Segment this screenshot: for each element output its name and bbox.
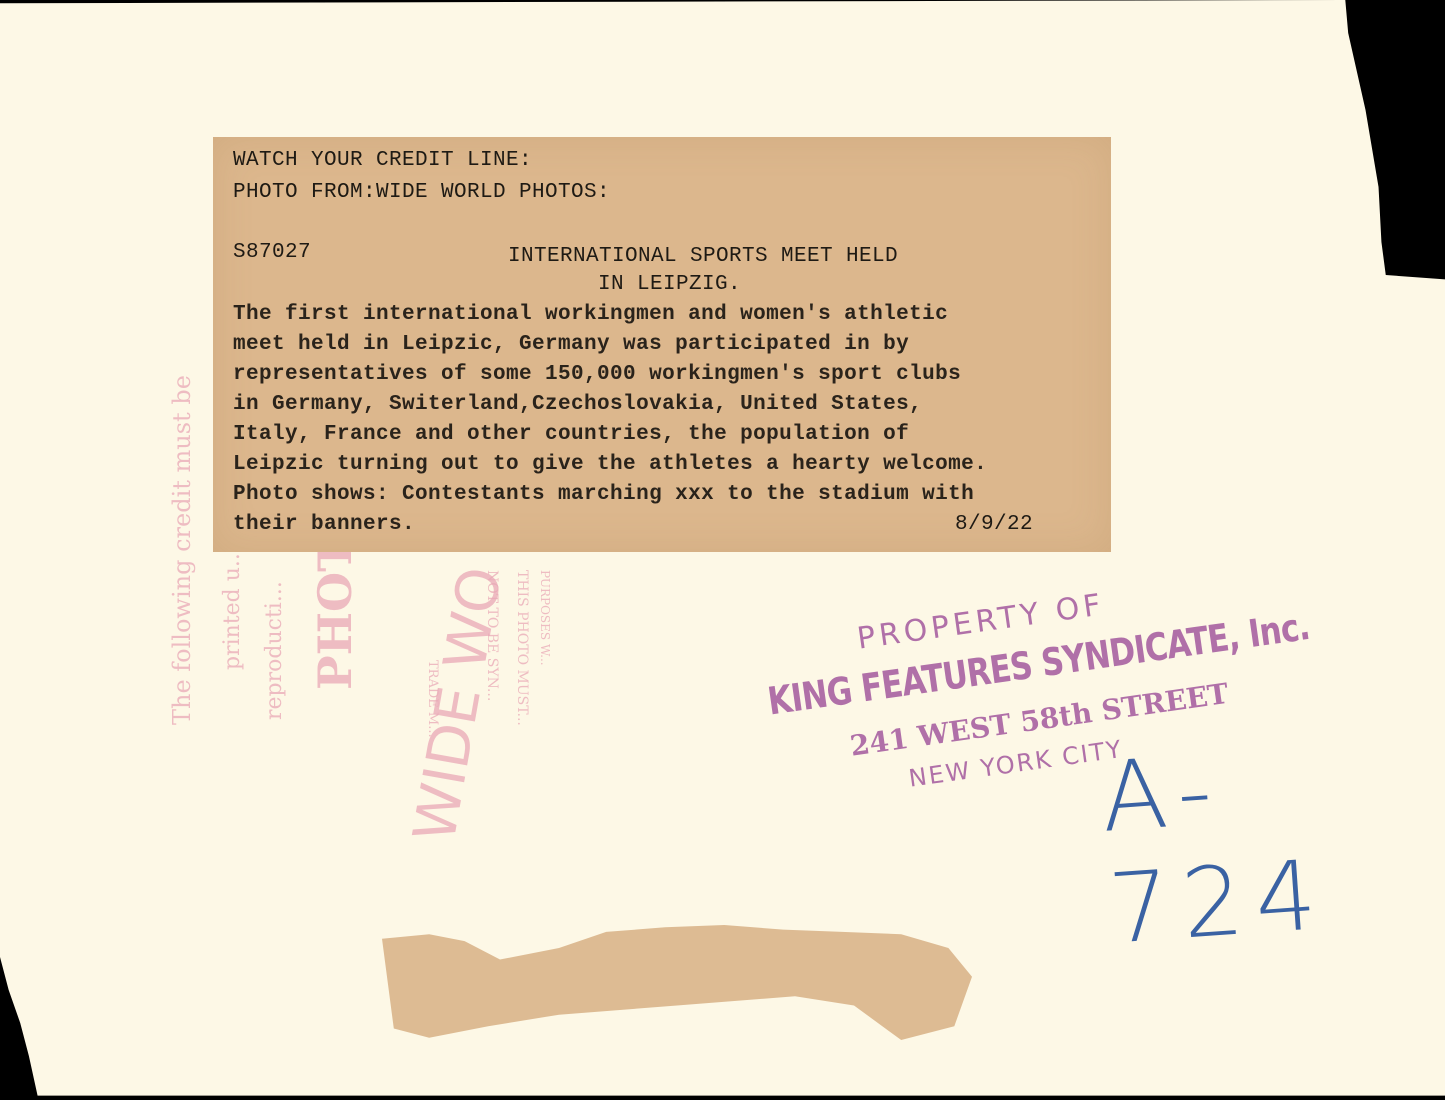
credit-line-header: WATCH YOUR CREDIT LINE: xyxy=(233,149,532,172)
body-line: Leipzic turning out to give the athletes… xyxy=(233,453,987,476)
handwritten-code: A-724 xyxy=(1098,718,1445,965)
wide-world-stamp-small4: PURPOSES W... xyxy=(538,570,552,666)
photo-from-line: PHOTO FROM:WIDE WORLD PHOTOS: xyxy=(233,181,610,204)
body-line: The first international workingmen and w… xyxy=(233,303,948,326)
body-line: Photo shows: Contestants marching xxx to… xyxy=(233,483,974,506)
body-line: in Germany, Switerland,Czechoslovakia, U… xyxy=(233,393,922,416)
caption-label: WATCH YOUR CREDIT LINE: PHOTO FROM:WIDE … xyxy=(213,137,1111,552)
headline-line1: INTERNATIONAL SPORTS MEET HELD xyxy=(508,245,898,268)
wide-world-stamp-small3: THIS PHOTO MUST... xyxy=(514,570,530,726)
wide-world-stamp-line1: The following credit must be xyxy=(168,375,196,725)
wide-world-stamp-small1: TRADE M... xyxy=(425,660,440,738)
body-line: their banners. xyxy=(233,513,415,536)
body-line: Italy, France and other countries, the p… xyxy=(233,423,909,446)
body-line: meet held in Leipzic, Germany was partic… xyxy=(233,333,909,356)
headline-line2: IN LEIPZIG. xyxy=(598,273,741,296)
wide-world-stamp-small2: NOT TO BE SYN... xyxy=(484,570,500,701)
wide-world-stamp-line3: reproducti... xyxy=(262,581,287,720)
photo-id: S87027 xyxy=(233,241,311,264)
body-line: representatives of some 150,000 workingm… xyxy=(233,363,961,386)
caption-date: 8/9/22 xyxy=(955,513,1033,536)
